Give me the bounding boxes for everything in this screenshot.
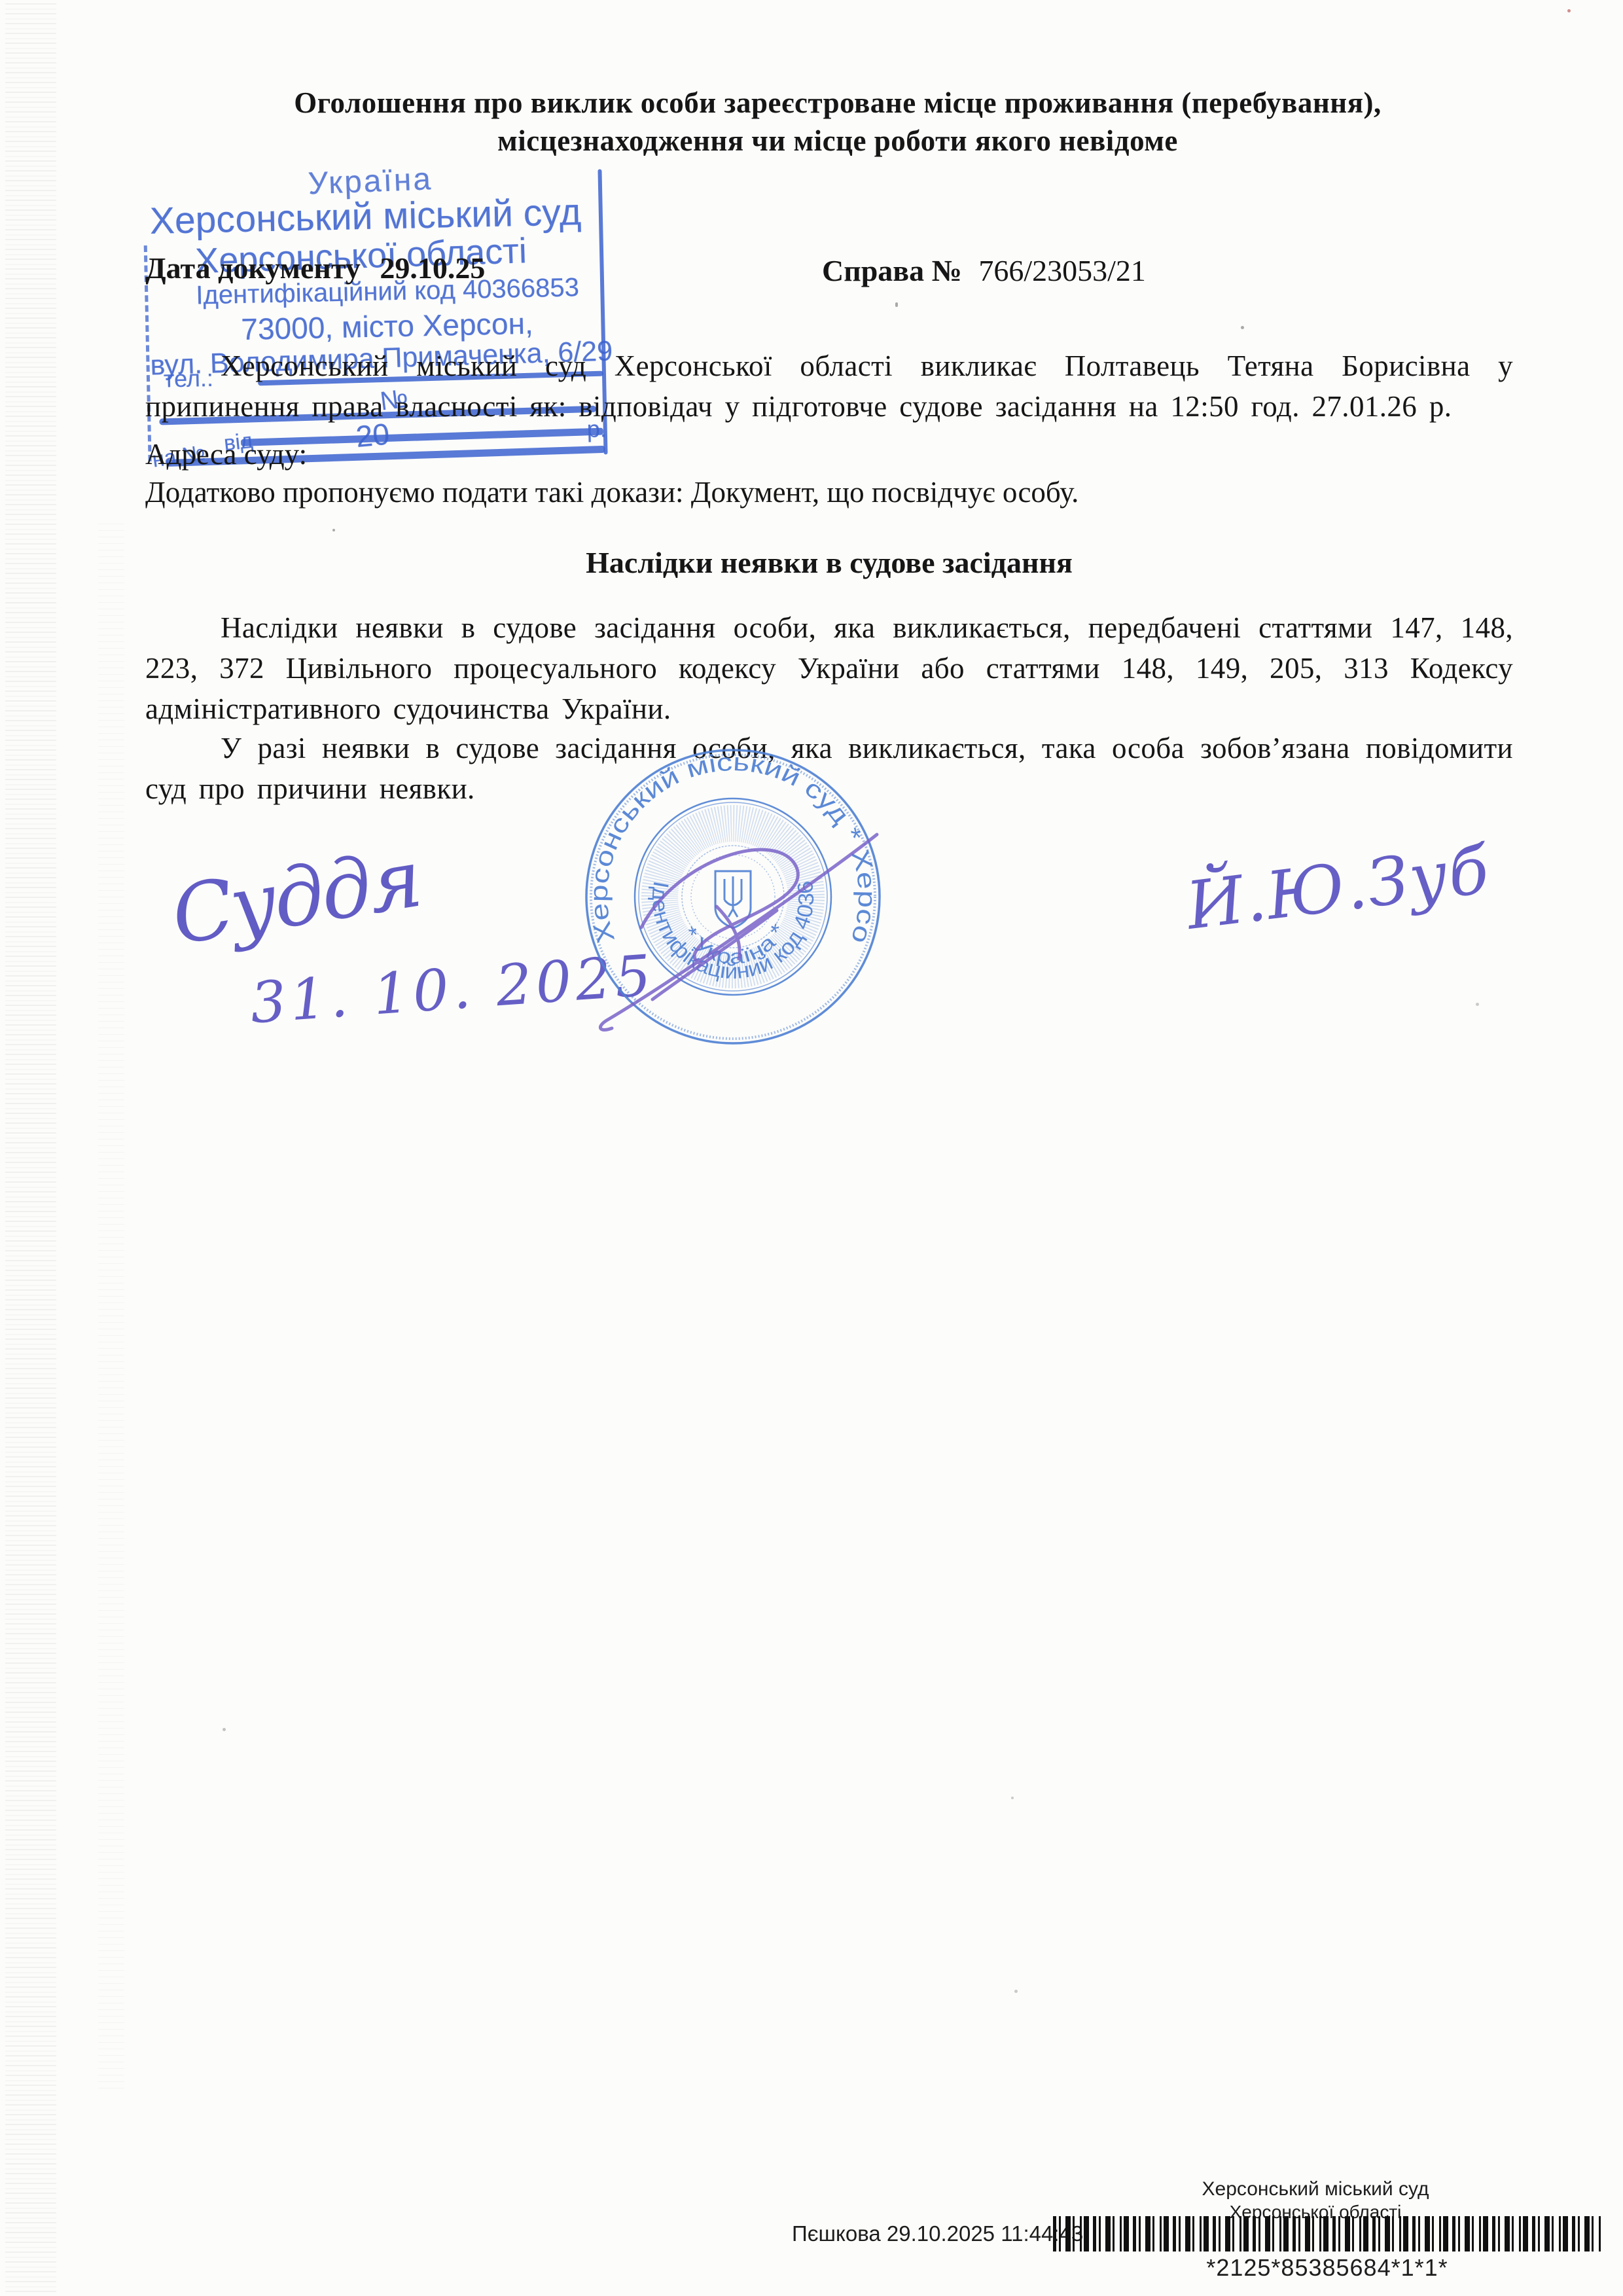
trident-glyph [724,876,741,917]
footer-court-line1: Херсонський міський суд [1178,2178,1453,2200]
scan-speck [223,1728,226,1731]
round-court-seal: Херсонський міський суд * Херсонської об… [579,743,887,1050]
scan-speck [1014,1990,1018,1993]
scanned-document-page: Оголошення про виклик особи зареєстрован… [0,0,1623,2296]
footer-operator-timestamp: Пєшкова 29.10.2025 11:44:43 [792,2221,1048,2246]
case-number-value: 766/23053/21 [978,254,1146,287]
section-heading: Наслідки неявки в судове засідання [145,545,1513,580]
scan-noise-band-2 [98,524,124,2094]
scan-speck [1476,1003,1479,1006]
document-date-value: 29.10.25 [380,251,485,285]
judge-name-signature: Й.Ю.Зуб [1183,831,1494,944]
document-date-line: Дата документу 29.10.25 [145,251,485,285]
judge-handwritten-word: Суддя [166,832,425,963]
case-number-line: Справа № 766/23053/21 [822,253,1146,288]
scan-speck [1011,1797,1014,1799]
evidence-line: Додатково пропонуємо подати такі докази:… [145,475,1513,509]
court-address-line: Адреса суду: [145,437,1513,471]
barcode-text: *2125*85385684*1*1* [1053,2254,1601,2282]
summons-paragraph: Херсонський міський суд Херсонської обла… [145,346,1513,427]
case-number-label: Справа № [822,254,962,287]
document-date-label: Дата документу [145,251,361,285]
barcode [1053,2216,1601,2251]
consequences-paragraph: Наслідки неявки в судове засідання особи… [145,607,1513,729]
